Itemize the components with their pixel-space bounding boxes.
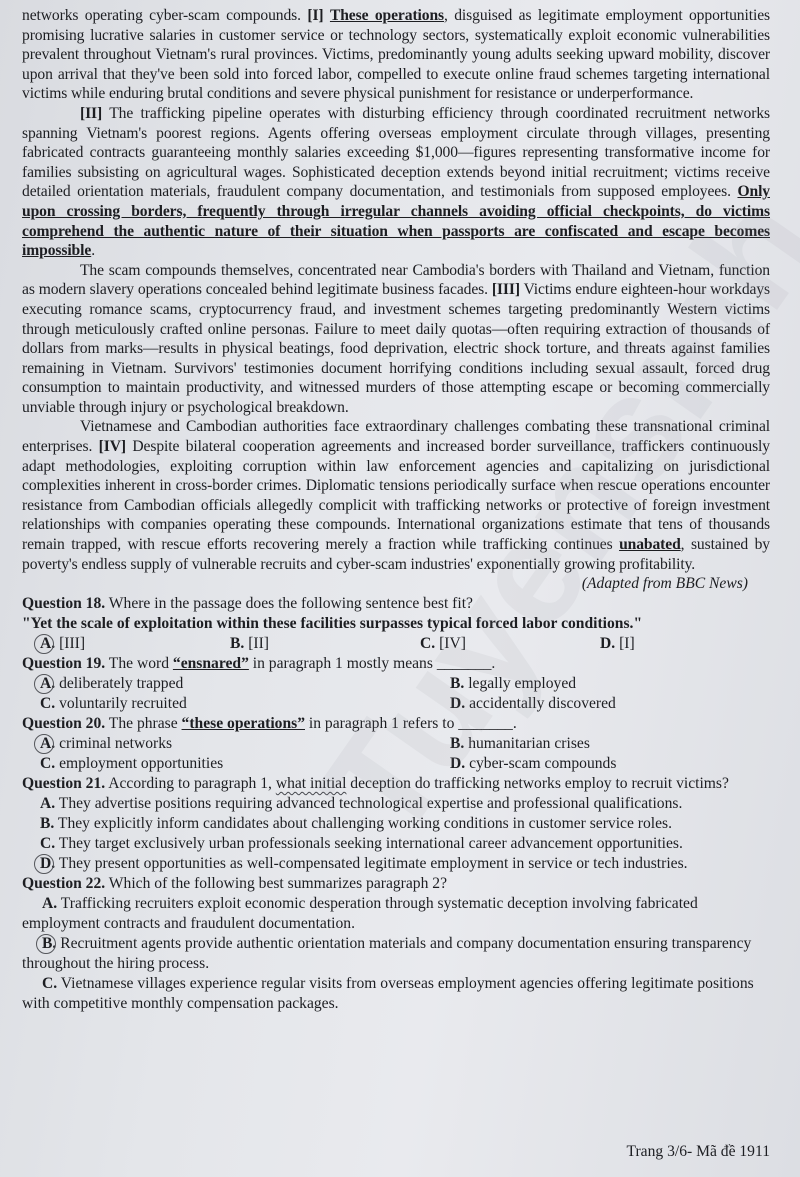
option-letter: D. <box>600 635 615 652</box>
highlighted-phrase: These operations <box>330 7 444 24</box>
question-text: The word <box>105 655 173 672</box>
question-stem: Question 20. The phrase “these operation… <box>22 714 770 734</box>
option-b[interactable]: B. They explicitly inform candidates abo… <box>40 814 770 834</box>
option-text: They advertise positions requiring advan… <box>55 795 682 812</box>
option-b[interactable]: B. legally employed <box>450 674 770 694</box>
option-letter-circled: A. <box>40 675 55 692</box>
answer-options: A. deliberately trapped B. legally emplo… <box>22 674 770 714</box>
option-letter: B. <box>450 735 464 752</box>
paragraph-text: Victims endure eighteen-hour workdays ex… <box>22 281 770 416</box>
question-label: Question 20. <box>22 715 105 732</box>
paragraph-text: The trafficking pipeline operates with d… <box>22 105 770 200</box>
highlighted-word: unabated <box>619 536 681 553</box>
option-letter: D. <box>450 755 465 772</box>
option-letter-circled: A. <box>40 635 55 652</box>
option-text: humanitarian crises <box>464 735 590 752</box>
option-b[interactable]: B. humanitarian crises <box>450 734 770 754</box>
option-letter-circled: B. <box>42 935 56 952</box>
question-text: in paragraph 1 mostly means _______. <box>249 655 495 672</box>
position-marker-II: [II] <box>80 105 102 122</box>
question-quote: "Yet the scale of exploitation within th… <box>22 614 770 634</box>
position-marker-I: [I] <box>307 7 323 24</box>
option-text: legally employed <box>464 675 576 692</box>
option-letter-circled: D. <box>40 855 55 872</box>
option-letter: A. <box>40 795 55 812</box>
question-stem: Question 19. The word “ensnared” in para… <box>22 654 770 674</box>
option-letter-circled: A. <box>40 735 55 752</box>
passage-paragraph-4: Vietnamese and Cambodian authorities fac… <box>22 417 770 574</box>
option-d[interactable]: D. [I] <box>590 634 770 654</box>
option-text: Trafficking recruiters exploit economic … <box>22 895 698 932</box>
position-marker-IV: [IV] <box>99 438 126 455</box>
question-text: deception do trafficking networks employ… <box>346 775 729 792</box>
answer-options: A. [III] B. [II] C. [IV] D. [I] <box>22 634 770 654</box>
paragraph-text: networks operating cyber-scam compounds. <box>22 7 307 24</box>
question-text: Where in the passage does the following … <box>105 595 473 612</box>
question-label: Question 18. <box>22 595 105 612</box>
exam-page: Tuyensinh networks operating cyber-scam … <box>0 0 800 1177</box>
option-a[interactable]: A. deliberately trapped <box>40 674 450 694</box>
question-label: Question 22. <box>22 875 105 892</box>
option-b[interactable]: B. [II] <box>210 634 400 654</box>
option-a[interactable]: A. They advertise positions requiring ad… <box>40 794 770 814</box>
question-20: Question 20. The phrase “these operation… <box>22 714 770 774</box>
passage-paragraph-1: networks operating cyber-scam compounds.… <box>22 6 770 104</box>
option-letter: B. <box>450 675 464 692</box>
option-b[interactable]: B. Recruitment agents provide authentic … <box>22 934 770 974</box>
paragraph-text: . <box>91 242 95 259</box>
handwritten-underline-phrase: what initial <box>276 775 347 792</box>
option-text: accidentally discovered <box>465 695 616 712</box>
option-letter: B. <box>40 815 54 832</box>
option-letter: C. <box>40 695 55 712</box>
question-stem: Question 22. Which of the following best… <box>22 874 770 894</box>
position-marker-III: [III] <box>492 281 520 298</box>
question-text: According to paragraph 1, <box>105 775 276 792</box>
option-c[interactable]: C. voluntarily recruited <box>40 694 450 714</box>
option-text: They target exclusively urban profession… <box>55 835 683 852</box>
question-label: Question 19. <box>22 655 105 672</box>
question-18: Question 18. Where in the passage does t… <box>22 594 770 654</box>
option-letter: B. <box>230 635 244 652</box>
option-text: criminal networks <box>55 735 172 752</box>
option-letter: C. <box>420 635 435 652</box>
option-letter: C. <box>40 835 55 852</box>
option-text: voluntarily recruited <box>55 695 187 712</box>
option-letter: C. <box>40 755 55 772</box>
question-stem: Question 21. According to paragraph 1, w… <box>22 774 770 794</box>
option-d[interactable]: D. They present opportunities as well-co… <box>40 854 770 874</box>
question-21: Question 21. According to paragraph 1, w… <box>22 774 770 874</box>
answer-options: A. They advertise positions requiring ad… <box>22 794 770 874</box>
option-a[interactable]: A. criminal networks <box>40 734 450 754</box>
option-text: [II] <box>244 635 269 652</box>
option-d[interactable]: D. accidentally discovered <box>450 694 770 714</box>
question-19: Question 19. The word “ensnared” in para… <box>22 654 770 714</box>
option-text: employment opportunities <box>55 755 223 772</box>
option-c[interactable]: C. Vietnamese villages experience regula… <box>22 974 770 1014</box>
option-text: They explicitly inform candidates about … <box>54 815 672 832</box>
question-label: Question 21. <box>22 775 105 792</box>
question-text: The phrase <box>105 715 181 732</box>
passage-source: (Adapted from BBC News) <box>22 574 770 594</box>
option-text: [I] <box>615 635 634 652</box>
answer-options: A. criminal networks B. humanitarian cri… <box>22 734 770 774</box>
page-footer: Trang 3/6- Mã đề 1911 <box>626 1143 770 1161</box>
option-text: [III] <box>55 635 85 652</box>
question-keyword: “ensnared” <box>173 655 249 672</box>
option-text: Vietnamese villages experience regular v… <box>22 975 754 1012</box>
option-a[interactable]: A. Trafficking recruiters exploit econom… <box>22 894 770 934</box>
option-c[interactable]: C. [IV] <box>400 634 590 654</box>
question-22: Question 22. Which of the following best… <box>22 874 770 1014</box>
option-a[interactable]: A. [III] <box>40 634 210 654</box>
question-keyword: “these operations” <box>182 715 305 732</box>
option-text: [IV] <box>435 635 466 652</box>
option-text: deliberately trapped <box>55 675 183 692</box>
option-text: Recruitment agents provide authentic ori… <box>22 935 751 972</box>
option-text: cyber-scam compounds <box>465 755 616 772</box>
question-text: in paragraph 1 refers to _______. <box>305 715 517 732</box>
option-c[interactable]: C. They target exclusively urban profess… <box>40 834 770 854</box>
question-stem: Question 18. Where in the passage does t… <box>22 594 770 614</box>
option-letter: A. <box>42 895 57 912</box>
option-text: They present opportunities as well-compe… <box>55 855 687 872</box>
option-c[interactable]: C. employment opportunities <box>40 754 450 774</box>
answer-options: A. Trafficking recruiters exploit econom… <box>22 894 770 1014</box>
option-letter: C. <box>42 975 57 992</box>
option-letter: D. <box>450 695 465 712</box>
passage-paragraph-2: [II] The trafficking pipeline operates w… <box>22 104 770 261</box>
passage-paragraph-3: The scam compounds themselves, concentra… <box>22 261 770 418</box>
question-text: Which of the following best summarizes p… <box>105 875 447 892</box>
option-d[interactable]: D. cyber-scam compounds <box>450 754 770 774</box>
